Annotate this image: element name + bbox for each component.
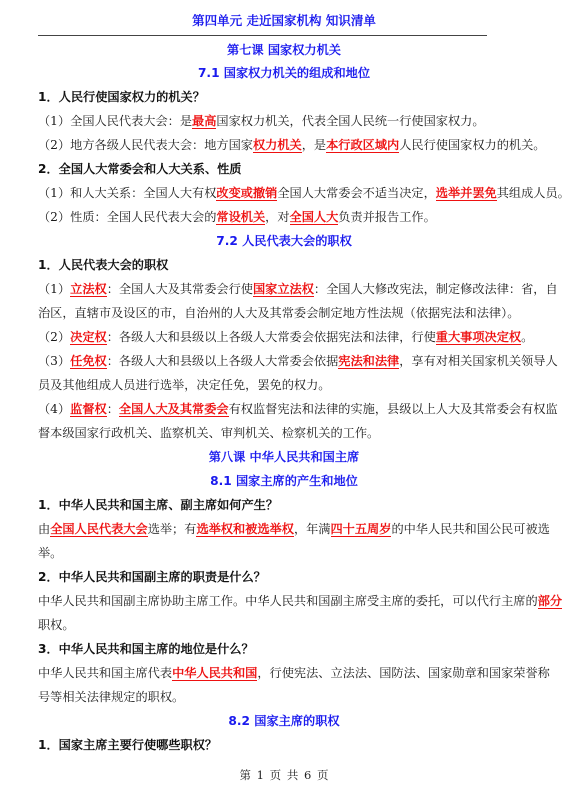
- question-7-2-1: 1．人民代表大会的职权: [38, 257, 493, 273]
- text: （1）全国人民代表大会：是: [38, 114, 192, 128]
- answer-line-cont: 督本级国家行政机关、监察机关、审判机关、检察机关的工作。: [38, 425, 493, 441]
- document-page: 第四单元 走近国家机构 知识清单 第七课 国家权力机关 7.1 国家权力机关的组…: [0, 0, 568, 800]
- text: 全国人大常委会不适当决定，: [277, 186, 435, 200]
- section-8-2-title: 8.2 国家主席的职权: [0, 713, 568, 729]
- key-term: 选举并罢免: [436, 186, 497, 201]
- document-title: 第四单元 走近国家机构 知识清单: [0, 11, 568, 29]
- answer-line-cont: 员及其他组成人员进行选举，决定任免，罢免的权力。: [38, 377, 493, 393]
- question-8-1-1: 1．中华人民共和国主席、副主席如何产生？: [38, 497, 493, 513]
- answer-line: （1）全国人民代表大会：是最高国家权力机关，代表全国人民统一行使国家权力。: [38, 113, 493, 129]
- key-term: 四十五周岁: [331, 522, 392, 537]
- text: 。: [521, 330, 533, 344]
- key-term: 立法权: [70, 282, 107, 297]
- text: 其组成人员。: [497, 186, 568, 200]
- text: 的中华人民共和国公民可被选: [391, 522, 549, 536]
- answer-line-cont: 举。: [38, 545, 493, 561]
- title-divider: [38, 35, 487, 36]
- key-term: 常设机关: [216, 210, 265, 225]
- page-number: 第 1 页 共 6 页: [0, 767, 568, 783]
- section-7-2-title: 7.2 人民代表大会的职权: [0, 233, 568, 249]
- section-7-1-title: 7.1 国家权力机关的组成和地位: [0, 65, 568, 81]
- text: ，享有对相关国家机关领导人: [399, 354, 557, 368]
- lesson-7-title: 第七课 国家权力机关: [0, 42, 568, 58]
- question-8-1-2: 2．中华人民共和国副主席的职责是什么？: [38, 569, 493, 585]
- text: 负责并报告工作。: [338, 210, 436, 224]
- section-8-1-title: 8.1 国家主席的产生和地位: [0, 473, 568, 489]
- answer-line-cont: 号等相关法律规定的职权。: [38, 689, 493, 705]
- answer-line-cont: 治区，直辖市及设区的市，自治州的人大及其常委会制定地方性法规（依据宪法和法律）。: [38, 305, 493, 321]
- text: （2）: [38, 330, 70, 344]
- text: ：全国人大及其常委会行使: [107, 282, 253, 296]
- key-term: 全国人大及其常委会: [119, 402, 229, 417]
- text: （1）: [38, 282, 70, 296]
- text: ，对: [265, 210, 289, 224]
- key-term: 本行政区域内: [326, 138, 399, 153]
- text: 人民行使国家权力的机关。: [399, 138, 545, 152]
- answer-line: 中华人民共和国副主席协助主席工作。中华人民共和国副主席受主席的委托，可以代行主席…: [38, 593, 493, 609]
- key-term: 权力机关: [253, 138, 302, 153]
- answer-line: （2）决定权：各级人大和县级以上各级人大常委会依据宪法和法律，行使重大事项决定权…: [38, 329, 493, 345]
- key-term: 选举权和被选举权: [196, 522, 294, 537]
- key-term: 部分: [538, 594, 562, 609]
- text: ：: [107, 402, 119, 416]
- key-term: 改变或撤销: [216, 186, 277, 201]
- answer-line: （1）和人大关系：全国人大有权改变或撤销全国人大常委会不适当决定，选举并罢免其组…: [38, 185, 493, 201]
- answer-line: （4）监督权：全国人大及其常委会有权监督宪法和法律的实施，县级以上人大及其常委会…: [38, 401, 493, 417]
- text: （4）: [38, 402, 70, 416]
- text: （2）性质：全国人民代表大会的: [38, 210, 216, 224]
- text: 中华人民共和国主席代表: [38, 666, 172, 680]
- text: ：各级人大和县级以上各级人大常委会依据宪法和法律，行使: [107, 330, 436, 344]
- key-term: 最高: [192, 114, 216, 129]
- answer-line: （2）地方各级人民代表大会：地方国家权力机关，是本行政区域内人民行使国家权力的机…: [38, 137, 493, 153]
- text: （1）和人大关系：全国人大有权: [38, 186, 216, 200]
- key-term: 全国人大: [290, 210, 339, 225]
- text: 由: [38, 522, 50, 536]
- key-term: 重大事项决定权: [436, 330, 521, 345]
- text: ：全国人大修改宪法，制定修改法律：省，自: [314, 282, 558, 296]
- text: 中华人民共和国副主席协助主席工作。中华人民共和国副主席受主席的委托，可以代行主席…: [38, 594, 538, 608]
- answer-line: （3）任免权：各级人大和县级以上各级人大常委会依据宪法和法律，享有对相关国家机关…: [38, 353, 493, 369]
- key-term: 监督权: [70, 402, 107, 417]
- answer-line: （2）性质：全国人民代表大会的常设机关，对全国人大负责并报告工作。: [38, 209, 493, 225]
- text: ，年满: [294, 522, 331, 536]
- question-7-1-1: 1．人民行使国家权力的机关？: [38, 89, 493, 105]
- key-term: 任免权: [70, 354, 107, 369]
- text: ，是: [302, 138, 326, 152]
- answer-line: 中华人民共和国主席代表中华人民共和国，行使宪法、立法法、国防法、国家勋章和国家荣…: [38, 665, 493, 681]
- question-7-1-2: 2．全国人大常委会和人大关系、性质: [38, 161, 493, 177]
- text: ，行使宪法、立法法、国防法、国家勋章和国家荣誉称: [257, 666, 550, 680]
- text: 有权监督宪法和法律的实施，县级以上人大及其常委会有权监: [229, 402, 558, 416]
- text: （2）地方各级人民代表大会：地方国家: [38, 138, 253, 152]
- key-term: 决定权: [70, 330, 107, 345]
- question-8-1-3: 3．中华人民共和国主席的地位是什么？: [38, 641, 493, 657]
- text: （3）: [38, 354, 70, 368]
- answer-line: 由全国人民代表大会选举；有选举权和被选举权，年满四十五周岁的中华人民共和国公民可…: [38, 521, 493, 537]
- text: 国家权力机关，代表全国人民统一行使国家权力。: [216, 114, 484, 128]
- question-8-2-1: 1．国家主席主要行使哪些职权？: [38, 737, 493, 753]
- text: ：各级人大和县级以上各级人大常委会依据: [107, 354, 339, 368]
- key-term: 宪法和法律: [338, 354, 399, 369]
- text: 选举；有: [148, 522, 197, 536]
- key-term: 中华人民共和国: [172, 666, 257, 681]
- key-term: 国家立法权: [253, 282, 314, 297]
- lesson-8-title: 第八课 中华人民共和国主席: [0, 449, 568, 465]
- answer-line-cont: 职权。: [38, 617, 493, 633]
- key-term: 全国人民代表大会: [50, 522, 148, 537]
- answer-line: （1）立法权：全国人大及其常委会行使国家立法权：全国人大修改宪法，制定修改法律：…: [38, 281, 493, 297]
